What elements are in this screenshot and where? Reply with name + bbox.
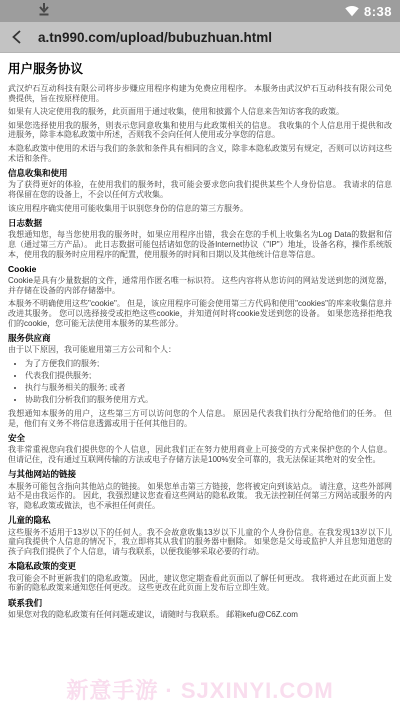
content: 用户服务协议武汉炉石互动科技有限公司将步步赚应用程序构建为免费应用程序。 本服务… xyxy=(0,53,400,620)
url-bar[interactable]: a.tn990.com/upload/bubuzhuan.html xyxy=(0,22,400,53)
paragraph: 我可能会不时更新我们的隐私政策。 因此，建议您定期查看此页面以了解任何更改。 我… xyxy=(8,574,392,593)
site-watermark: 新意手游 · SJXINYI.COM xyxy=(0,674,400,705)
phone-screen: 8:38 a.tn990.com/upload/bubuzhuan.html 用… xyxy=(0,0,400,710)
paragraph: 我想通知本服务的用户，这些第三方可以访问您的个人信息。 原因是代表我们执行分配给… xyxy=(8,409,392,428)
bullet-list: 为了方便我们的服务;代表我们提供服务;执行与服务相关的服务; 或者协助我们分析我… xyxy=(10,359,392,405)
paragraph: 该应用程序确实使用可能收集用于识别您身份的信息的第三方服务。 xyxy=(8,204,392,214)
paragraph: 这些服务不适用于13岁以下的任何人。我不会故意收集13岁以下儿童的个人身份信息。… xyxy=(8,528,392,557)
section-heading: 安全 xyxy=(8,433,392,443)
wifi-icon xyxy=(345,5,359,17)
paragraph: Cookie是具有少量数据的文件，通常用作匿名唯一标识符。 这些内容将从您访问的… xyxy=(8,276,392,295)
paragraph: 我非常重视您向我们提供您的个人信息，因此我们正在努力使用商业上可接受的方式来保护… xyxy=(8,445,392,464)
paragraph: 本隐私政策中使用的术语与我们的条款和条件具有相同的含义，除非本隐私政策另有规定，… xyxy=(8,144,392,163)
section-heading: Cookie xyxy=(8,264,392,274)
paragraph: 如果有人决定使用我的服务，此页面用于通过收集，使用和披露个人信息来告知访客我的政… xyxy=(8,107,392,117)
paragraph: 如果您对我的隐私政策有任何问题或建议，请随时与我联系。 邮箱kefu@C6Z.c… xyxy=(8,610,392,620)
download-icon xyxy=(38,2,50,21)
list-item: 协助我们分析我们的服务使用方式。 xyxy=(25,395,392,405)
status-bar-left xyxy=(38,2,50,21)
paragraph: 为了获得更好的体验，在使用我们的服务时，我可能会要求您向我们提供某些个人身份信息… xyxy=(8,180,392,199)
list-item: 为了方便我们的服务; xyxy=(25,359,392,369)
section-heading: 联系我们 xyxy=(8,598,392,608)
status-time: 8:38 xyxy=(364,4,392,19)
paragraph: 如果您选择使用我的服务，则表示您同意收集和使用与此政策相关的信息。 我收集的个人… xyxy=(8,121,392,140)
paragraph: 本服务可能包含指向其他站点的链接。 如果您单击第三方链接，您将被定向到该站点。 … xyxy=(8,482,392,511)
section-heading: 与其他网站的链接 xyxy=(8,469,392,479)
paragraph: 武汉炉石互动科技有限公司将步步赚应用程序构建为免费应用程序。 本服务由武汉炉石互… xyxy=(8,84,392,103)
section-heading: 儿童的隐私 xyxy=(8,515,392,525)
section-heading: 日志数据 xyxy=(8,218,392,228)
back-chevron-icon[interactable] xyxy=(10,26,32,48)
paragraph: 由于以下原因，我可能雇用第三方公司和个人： xyxy=(8,345,392,355)
paragraph: 我想通知您，每当您使用我的服务时，如果应用程序出错，我会在您的手机上收集名为Lo… xyxy=(8,230,392,259)
section-heading: 信息收集和使用 xyxy=(8,168,392,178)
page-title: 用户服务协议 xyxy=(8,62,392,77)
list-item: 执行与服务相关的服务; 或者 xyxy=(25,383,392,393)
section-heading: 本隐私政策的变更 xyxy=(8,561,392,571)
section-heading: 服务供应商 xyxy=(8,333,392,343)
paragraph: 本服务不明确使用这些"cookie"。 但是，该应用程序可能会使用第三方代码和使… xyxy=(8,299,392,328)
status-bar-right: 8:38 xyxy=(345,4,392,19)
url-text[interactable]: a.tn990.com/upload/bubuzhuan.html xyxy=(38,30,272,45)
status-bar: 8:38 xyxy=(0,0,400,22)
list-item: 代表我们提供服务; xyxy=(25,371,392,381)
